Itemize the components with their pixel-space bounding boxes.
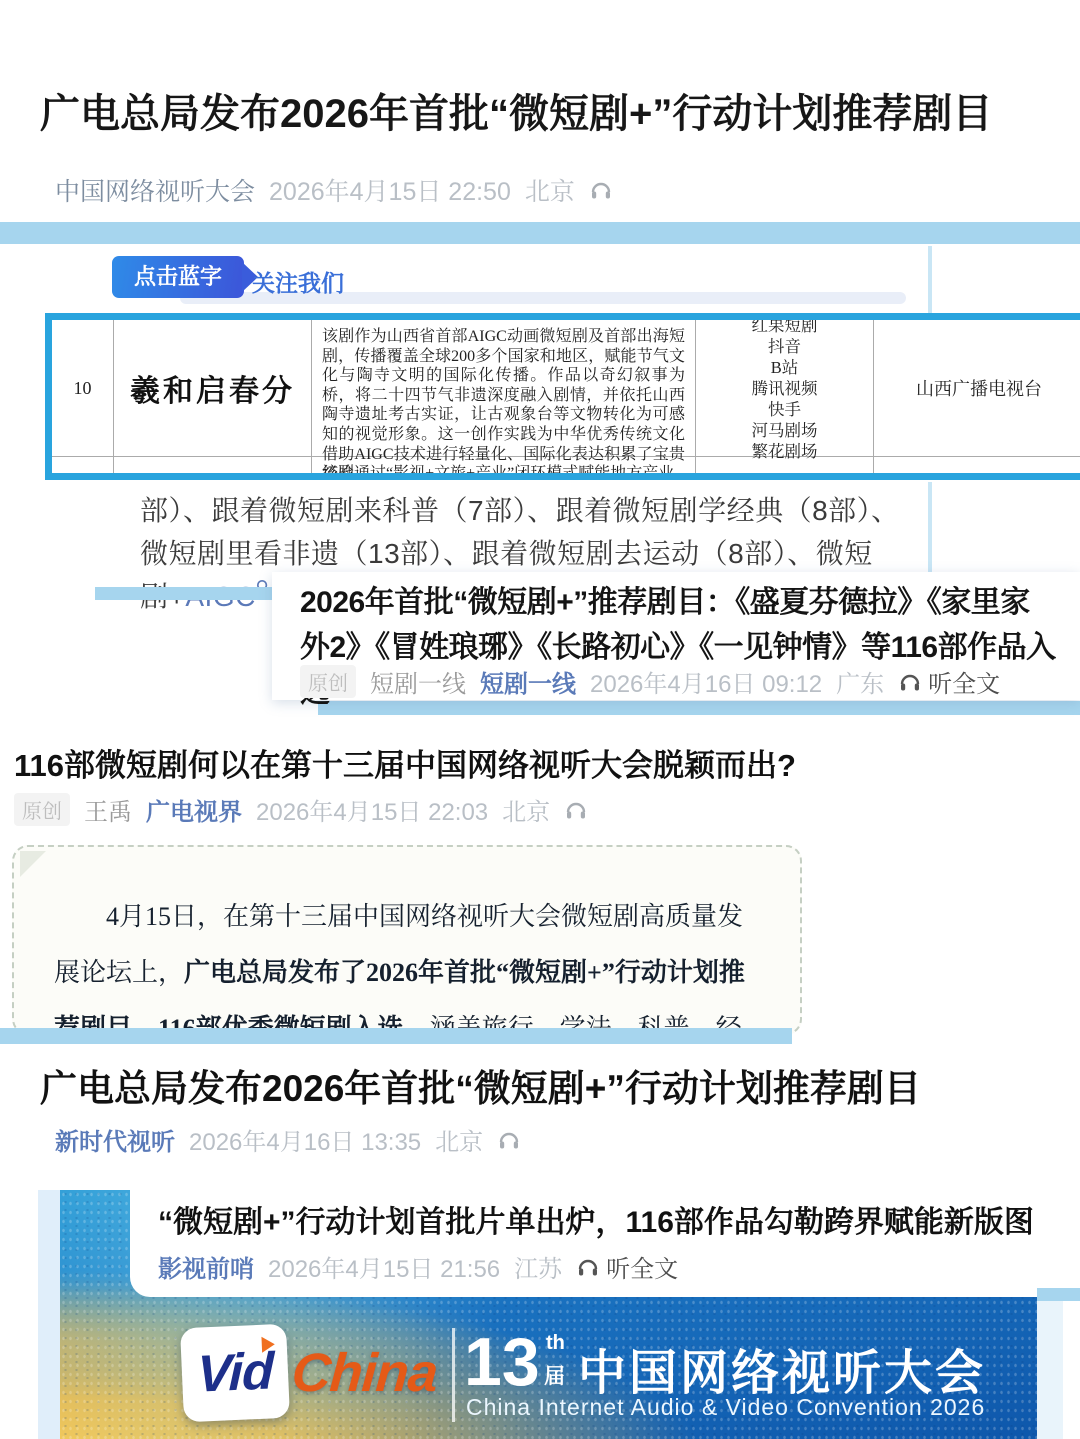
separator-bar (0, 1028, 792, 1044)
platform-item: 河马剧场 (752, 420, 818, 441)
article1-account-link[interactable]: 中国网络视听大会 (55, 172, 255, 208)
separator-bar (95, 587, 273, 600)
article3-location: 北京 (502, 792, 550, 827)
article3-author: 王禹 (84, 792, 132, 827)
edition-jie: 届 (544, 1360, 565, 1390)
article4-location: 北京 (435, 1122, 483, 1157)
article3-byline: 原创 王禹 广电视界 2026年4月15日 22:03 北京 (14, 792, 588, 827)
platform-item: 抖音 (768, 336, 801, 357)
card-edge-line (928, 482, 932, 576)
vidchina-logo: Vid (180, 1324, 290, 1423)
separator-bar (0, 222, 1080, 244)
article5-account-link[interactable]: 影视前哨 (158, 1249, 254, 1284)
table-cell-clipped-text: 该剧通过“影视+文旅+产业”闭环模式赋能地方产业发展 (312, 457, 696, 480)
headphone-icon[interactable] (564, 798, 588, 822)
article4-account-link[interactable]: 新时代视听 (55, 1122, 175, 1157)
edition-number: 13 (464, 1328, 540, 1396)
article5-location: 江苏 (514, 1249, 562, 1284)
table-cell-empty (874, 457, 1080, 480)
article1-location: 北京 (525, 172, 575, 208)
banner-right-strip (1037, 1301, 1063, 1439)
article2-author: 短剧一线 (370, 664, 466, 699)
listen-label: 听全文 (928, 664, 1000, 699)
article2-card[interactable]: 2026年首批“微短剧+”推荐剧目：《盛夏芬德拉》《家里家外2》《冒姓琅琊》《长… (272, 572, 1080, 700)
original-badge: 原创 (14, 793, 70, 826)
platform-item: B站 (771, 357, 799, 378)
click-blue-text-badge[interactable]: 点击蓝字 (112, 256, 244, 298)
article3-date: 2026年4月15日 22:03 (256, 792, 488, 827)
page-collage: 广电总局发布2026年首批“微短剧+”行动计划推荐剧目 中国网络视听大会 202… (0, 0, 1080, 1439)
article5-card[interactable]: “微短剧+”行动计划首批片单出炉，116部作品勾勒跨界赋能新版图 影视前哨 20… (130, 1185, 1080, 1297)
separator-bar (1037, 1288, 1080, 1301)
article2-account-link[interactable]: 短剧一线 (480, 664, 576, 699)
play-icon (261, 1336, 275, 1353)
article1-title[interactable]: 广电总局发布2026年首批“微短剧+”行动计划推荐剧目 (40, 88, 1050, 140)
article3-account-link[interactable]: 广电视界 (146, 792, 242, 827)
headphone-icon[interactable] (497, 1128, 521, 1152)
drama-table: 10 羲和启春分 该剧作为山西省首部AIGC动画微短剧及首部出海短剧，传播覆盖全… (45, 313, 1080, 480)
article2-location: 广东 (836, 664, 884, 699)
page-margin (1063, 1301, 1080, 1439)
table-cell-number: 10 (52, 320, 114, 457)
table-cell-platforms: 红果短剧 抖音 B站 腾讯视频 快手 河马剧场 繁花剧场 (696, 320, 874, 457)
article4-title[interactable]: 广电总局发布2026年首批“微短剧+”行动计划推荐剧目 (40, 1058, 921, 1112)
platform-item: 快手 (768, 399, 801, 420)
article4-date: 2026年4月16日 13:35 (189, 1122, 421, 1157)
banner-divider (452, 1328, 455, 1422)
article1-byline: 中国网络视听大会 2026年4月15日 22:50 北京 (55, 172, 613, 208)
banner-title: 中国网络视听大会 (578, 1334, 986, 1403)
headphone-icon[interactable] (589, 178, 613, 202)
logo-china-text: China (290, 1342, 439, 1404)
edition-th: th (546, 1332, 565, 1355)
headphone-icon (898, 670, 922, 694)
article5-date: 2026年4月15日 21:56 (268, 1249, 500, 1284)
article3-title[interactable]: 116部微短剧何以在第十三届中国网络视听大会脱颖而出? (14, 740, 796, 785)
banner-left-strip (38, 1190, 60, 1439)
listen-full-text-button[interactable]: 听全文 (898, 664, 1000, 699)
listen-full-text-button[interactable]: 听全文 (576, 1249, 678, 1284)
headphone-icon (576, 1255, 600, 1279)
article1-date: 2026年4月15日 22:50 (269, 172, 511, 208)
page-fold-decoration (20, 851, 46, 877)
platform-item: 红果短剧 (752, 315, 818, 336)
table-cell-producer: 山西广播电视台 (874, 320, 1080, 457)
banner-subtitle: China Internet Audio & Video Convention … (466, 1394, 985, 1421)
article2-date: 2026年4月16日 09:12 (590, 664, 822, 699)
quote-box: 4月15日，在第十三届中国网络视听大会微短剧高质量发展论坛上，广电总局发布了20… (12, 845, 802, 1035)
listen-label: 听全文 (606, 1249, 678, 1284)
article2-byline: 原创 短剧一线 短剧一线 2026年4月16日 09:12 广东 听全文 (300, 664, 1000, 699)
table-cell-empty (696, 457, 874, 480)
article5-byline: 影视前哨 2026年4月15日 21:56 江苏 听全文 (158, 1249, 678, 1284)
table-cell-drama-title: 羲和启春分 (114, 320, 312, 457)
quote-text: 4月15日，在第十三届中国网络视听大会微短剧高质量发展论坛上，广电总局发布了20… (54, 889, 760, 1035)
platform-item: 腾讯视频 (752, 378, 818, 399)
article4-byline: 新时代视听 2026年4月16日 13:35 北京 (55, 1122, 521, 1157)
follow-us-link[interactable]: 关注我们 (252, 265, 344, 298)
original-badge: 原创 (300, 665, 356, 698)
article5-title[interactable]: “微短剧+”行动计划首批片单出炉，116部作品勾勒跨界赋能新版图 (158, 1197, 1068, 1241)
table-cell-empty (52, 457, 114, 480)
table-cell-empty (114, 457, 312, 480)
table-cell-description: 该剧作为山西省首部AIGC动画微短剧及首部出海短剧，传播覆盖全球200多个国家和… (312, 320, 696, 457)
card-edge-line (928, 246, 932, 314)
